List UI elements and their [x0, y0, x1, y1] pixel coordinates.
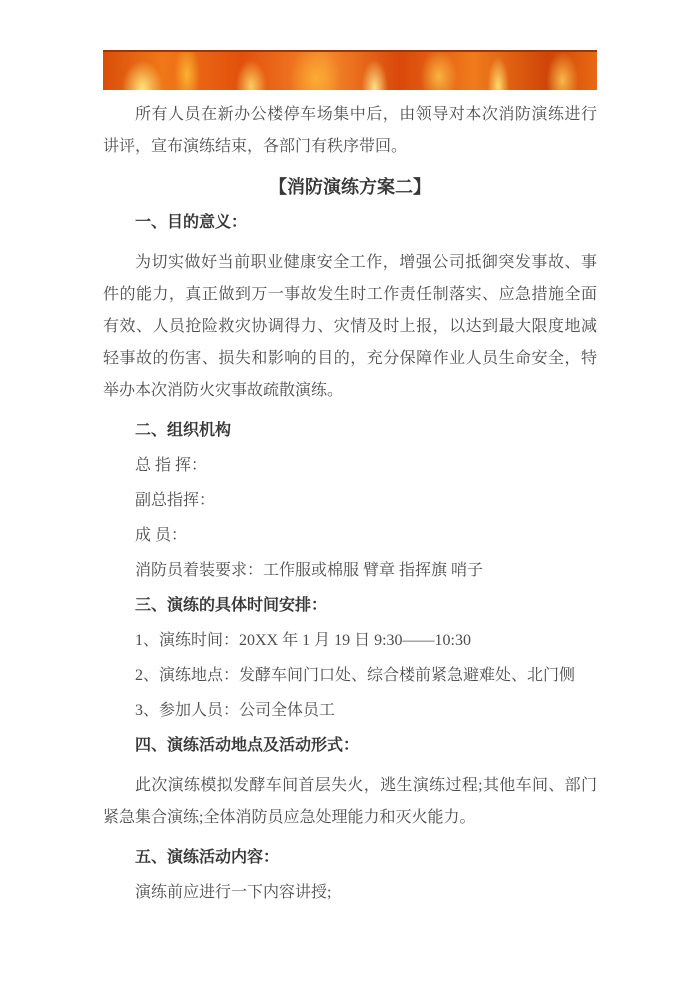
line-drill-location: 2、演练地点：发酵车间门口处、综合楼前紧急避难处、北门侧 [103, 665, 597, 687]
section-heading-organization: 二、组织机构 [103, 420, 597, 442]
document-page: 所有人员在新办公楼停车场集中后，由领导对本次消防演练进行讲评，宣布演练结束，各部… [0, 0, 700, 990]
section-heading-purpose: 一、目的意义： [103, 212, 597, 234]
line-firefighter-dress-code: 消防员着装要求：工作服或棉服 臂章 指挥旗 哨子 [103, 560, 597, 582]
document-title: 【消防演练方案二】 [103, 175, 597, 199]
line-chief-commander: 总 指 挥： [103, 455, 597, 477]
section-heading-activity-content: 五、演练活动内容： [103, 847, 597, 869]
section-paragraph-venue-format: 此次演练模拟发酵车间首层失火，逃生演练过程;其他车间、部门紧急集合演练;全体消防… [103, 770, 597, 834]
line-drill-time: 1、演练时间：20XX 年 1 月 19 日 9:30——10:30 [103, 630, 597, 652]
flame-banner-image [103, 50, 597, 90]
line-deputy-commander: 副总指挥： [103, 490, 597, 512]
line-drill-participants: 3、参加人员：公司全体员工 [103, 700, 597, 722]
intro-paragraph: 所有人员在新办公楼停车场集中后，由领导对本次消防演练进行讲评，宣布演练结束，各部… [103, 99, 597, 163]
section-paragraph-purpose: 为切实做好当前职业健康安全工作，增强公司抵御突发事故、事件的能力，真正做到万一事… [103, 247, 597, 407]
section-heading-venue-format: 四、演练活动地点及活动形式： [103, 735, 597, 757]
document-content: 所有人员在新办公楼停车场集中后，由领导对本次消防演练进行讲评，宣布演练结束，各部… [0, 0, 700, 904]
line-members: 成 员： [103, 525, 597, 547]
section-heading-schedule: 三、演练的具体时间安排： [103, 595, 597, 617]
line-pre-drill-lecture: 演练前应进行一下内容讲授; [103, 882, 597, 904]
